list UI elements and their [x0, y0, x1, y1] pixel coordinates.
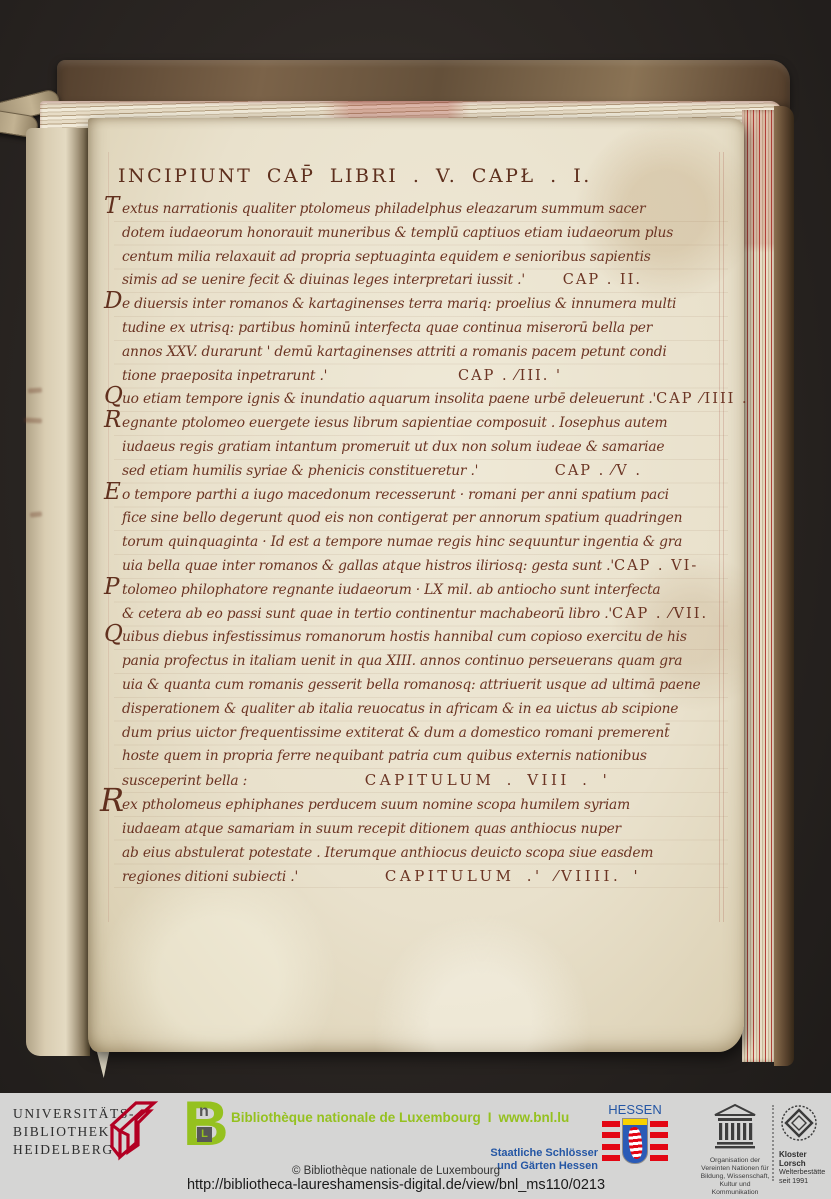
ms-line: disperationem & qualiter ab italia reuoc… [122, 698, 728, 722]
ms-body: T extus narrationis qualiter ptolomeus p… [114, 198, 728, 890]
hessen-title: HESSEN [602, 1102, 668, 1117]
bnl-name: Bibliothèque nationale de Luxembourg [231, 1110, 481, 1125]
ms-line: iudaeus regis gratiam intantum promeruit… [122, 436, 728, 460]
ms-line-text: tione praeposita inpetrarunt .' [122, 365, 327, 389]
ms-heading: INCIPIUNT CAP̄ LIBRI . V. CAPŁ . I. [114, 163, 728, 189]
ub-heidelberg-book-icon [102, 1095, 164, 1174]
ms-cap-label: CAP ⁄IIII . [656, 388, 748, 412]
ms-line-text: susceperint bella : [122, 770, 247, 794]
ms-line: o tempore parthi a iugo macedonum recess… [122, 484, 728, 508]
ms-cap-label: CAP . ⁄VII. [612, 603, 708, 627]
ms-line-text: sed etiam humilis syriae & phenicis cons… [122, 460, 478, 484]
ms-line-text: uia bella quae inter romanos & gallas at… [122, 555, 614, 579]
ms-line: pania profectus in italiam uenit in qua … [122, 650, 728, 674]
bnl-wordmark: Bibliothèque nationale de LuxembourgIwww… [231, 1110, 569, 1125]
bnl-site: www.bnl.lu [499, 1110, 570, 1125]
ms-line: extus narrationis qualiter ptolomeus phi… [122, 198, 728, 222]
ms-initial: Q [104, 385, 123, 409]
ms-line: dum prius uictor frequentissime extitera… [122, 722, 728, 746]
ms-initial: Q [104, 623, 123, 647]
ms-line: e diuersis inter romanos & kartaginenses… [122, 293, 728, 317]
ms-initial: P [104, 576, 119, 600]
ms-initial: R [104, 409, 121, 433]
ms-initial: T [104, 195, 119, 219]
ms-cap-label: CAPITULUM . VIII . ' [365, 769, 610, 793]
ms-line: & cetera ab eo passi sunt quae in tertio… [122, 603, 728, 627]
ms-entry-cap5: E o tempore parthi a iugo macedonum rece… [114, 484, 728, 579]
ms-line: annos XXV. durarunt ' demū kartaginenses… [122, 341, 728, 365]
ms-line: tolomeo philophatore regnante iudaeorum … [122, 579, 728, 603]
parchment-tab [96, 1048, 110, 1078]
source-url: http://bibliotheca-laureshamensis-digita… [0, 1177, 792, 1193]
manuscript-text: INCIPIUNT CAP̄ LIBRI . V. CAPŁ . I. T ex… [114, 163, 728, 890]
ms-line-text: uo etiam tempore ignis & inundatio aquar… [122, 388, 656, 412]
unesco-temple-icon [711, 1103, 759, 1149]
ms-line: uo etiam tempore ignis & inundatio aquar… [122, 388, 728, 412]
book-cover-right-edge [774, 106, 794, 1066]
bnl-separator: I [481, 1110, 499, 1125]
ms-entry-cap7: Q uibus diebus infestissimus romanorum h… [114, 626, 728, 794]
footer-bar: UNIVERSITÄTS- BIBLIOTHEK HEIDELBERG B n … [0, 1093, 831, 1199]
bnl-logo: B n L [183, 1099, 223, 1151]
ms-line: hoste quem in propria ferre nequibant pa… [122, 745, 728, 769]
ms-line: uia bella quae inter romanos & gallas at… [122, 555, 728, 579]
ms-line: regiones ditioni subiecti .' CAPITULUM .… [122, 865, 728, 890]
ms-line-text: & cetera ab eo passi sunt quae in tertio… [122, 603, 612, 627]
ms-line-text: simis ad se uenire fecit & diuinas leges… [122, 269, 525, 293]
page-edges-right [742, 110, 776, 1062]
bnl-logo-n: n [199, 1103, 209, 1121]
ink-bleed-mark [28, 388, 42, 394]
hessen-caption-line1: Staatliche Schlösser [452, 1147, 598, 1160]
ms-line: tudine ex utrisq: partibus hominū interf… [122, 317, 728, 341]
hessen-coat-of-arms [602, 1118, 668, 1164]
ms-line: iudaeam atque samariam in suum recepit d… [122, 818, 728, 842]
ms-line: simis ad se uenire fecit & diuinas leges… [122, 269, 728, 293]
left-page-stack [26, 128, 90, 1056]
ms-line-text: regiones ditioni subiecti .' [122, 866, 298, 890]
hessen-bars-left [602, 1118, 620, 1164]
ink-bleed-mark [24, 418, 42, 424]
ms-line: uia & quanta cum romanis gesserit bella … [122, 674, 728, 698]
ms-line: fice sine bello degerunt quod eis non co… [122, 507, 728, 531]
ms-cap-label: CAP . VI- [614, 555, 698, 579]
lorsch-emblem-icon [779, 1103, 819, 1143]
ms-line: uibus diebus infestissimus romanorum hos… [122, 626, 728, 650]
ms-entry-cap1: T extus narrationis qualiter ptolomeus p… [114, 198, 728, 293]
ms-line: dotem iudaeorum honorauit muneribus & te… [122, 222, 728, 246]
ms-cap-label: CAPITULUM .' ⁄VIIII. ' [385, 865, 641, 889]
ms-line: tione praeposita inpetrarunt .' CAP . ⁄I… [122, 365, 728, 389]
ms-entry-cap6: P tolomeo philophatore regnante iudaeoru… [114, 579, 728, 627]
ms-line: ab eius abstulerat potestate . Iterumque… [122, 842, 728, 866]
hessen-lion [627, 1126, 643, 1159]
ms-initial: R [100, 789, 124, 813]
bnl-logo-l: L [197, 1127, 212, 1142]
ms-initial: D [104, 290, 122, 314]
copyright-line: © Bibliothèque nationale de Luxembourg [0, 1165, 792, 1177]
digitized-manuscript-photo: INCIPIUNT CAP̄ LIBRI . V. CAPŁ . I. T ex… [0, 0, 831, 1199]
ms-line: torum quinquaginta · Id est a tempore nu… [122, 531, 728, 555]
ms-entry-cap3: Q uo etiam tempore ignis & inundatio aqu… [114, 388, 728, 412]
ms-line: susceperint bella : CAPITULUM . VIII . ' [122, 769, 728, 794]
ms-line: sed etiam humilis syriae & phenicis cons… [122, 460, 728, 484]
ms-line: centum milia relaxauit ad propria septua… [122, 246, 728, 270]
unesco-caption-line1: Organisation der [699, 1157, 771, 1165]
ms-initial: E [104, 481, 121, 505]
ms-entry-cap8: R ex ptholomeus ephiphanes perducem suum… [114, 794, 728, 890]
ms-cap-label: CAP . II. [563, 269, 642, 293]
ms-entry-cap2: D e diuersis inter romanos & kartaginens… [114, 293, 728, 388]
ms-line: ex ptholomeus ephiphanes perducem suum n… [122, 794, 728, 818]
hessen-shield [622, 1118, 648, 1164]
ms-line: egnante ptolomeo euergete iesus librum s… [122, 412, 728, 436]
ms-entry-cap4: R egnante ptolomeo euergete iesus librum… [114, 412, 728, 483]
parchment-page: INCIPIUNT CAP̄ LIBRI . V. CAPŁ . I. T ex… [88, 118, 744, 1052]
hessen-bars-right [650, 1118, 668, 1164]
ms-cap-label: CAP . ⁄III. ' [458, 365, 562, 389]
ms-cap-label: CAP . ⁄V . [555, 460, 642, 484]
